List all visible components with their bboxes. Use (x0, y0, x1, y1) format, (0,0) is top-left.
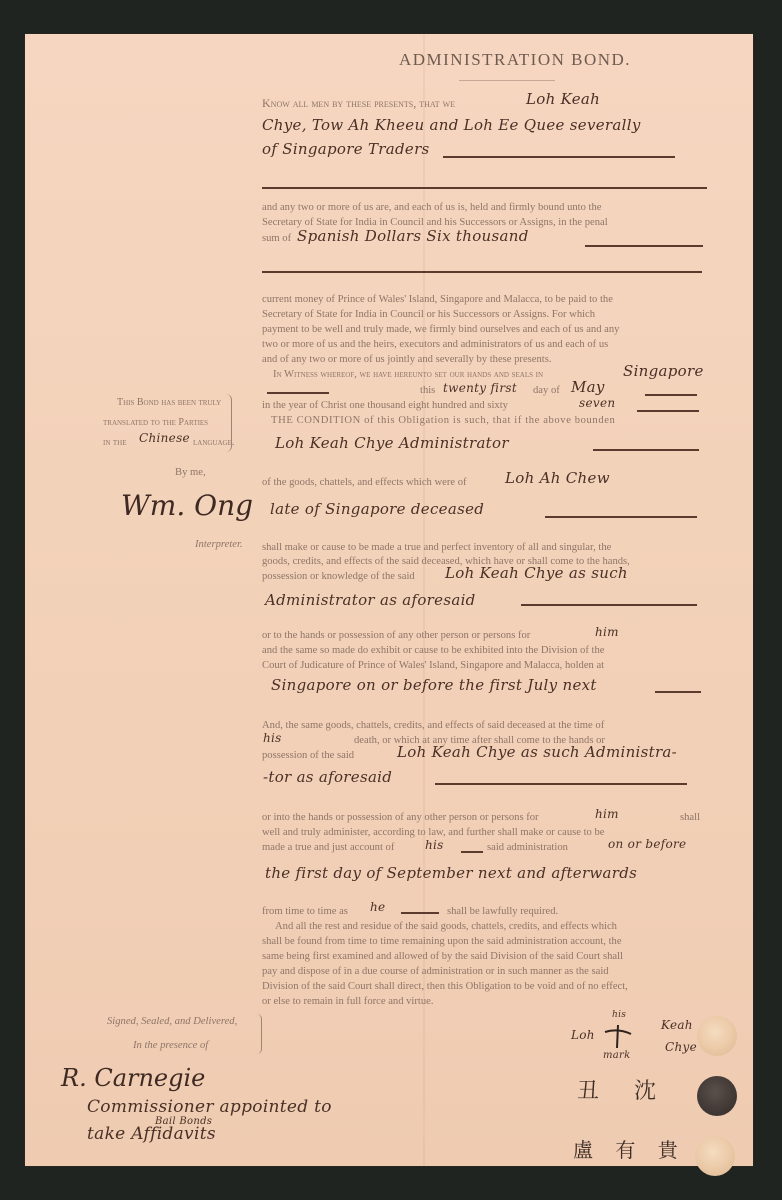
fill-rule (267, 392, 329, 394)
deceased-desc: late of Singapore deceased (270, 500, 484, 518)
fill-rule (593, 449, 699, 451)
mark-name-left: Loh (571, 1028, 595, 1042)
inventory-line-1: shall make or cause to be made a true an… (262, 542, 611, 553)
interpreter-label: Interpreter. (195, 539, 243, 550)
sum-label: sum of (262, 233, 291, 244)
goods-text: of the goods, chattels, and effects whic… (262, 477, 467, 488)
fill-rule (655, 691, 701, 693)
day-of-label: day of (533, 385, 560, 396)
title-rule (459, 80, 555, 81)
fill-rule (545, 516, 697, 518)
bracket (225, 394, 232, 452)
exhibit-line-1: and the same so made do exhibit or cause… (262, 645, 604, 656)
signed-line-1: Signed, Sealed, and Delivered, (107, 1016, 237, 1027)
residue-line-1: And all the rest and residue of the said… (275, 921, 617, 932)
interpreter-signature: Wm. Ong (121, 489, 253, 522)
administer-when: on or before (608, 837, 686, 851)
residue-line-2: shall be found from time to time remaini… (262, 936, 622, 947)
mark-word: mark (603, 1050, 630, 1061)
witness-place: Singapore (623, 362, 704, 380)
signed-line-2: In the presence of (133, 1040, 208, 1051)
wax-seal-2 (697, 1076, 737, 1116)
fill-rule (435, 783, 687, 785)
residue-line-6: or else to remain in full force and virt… (262, 996, 434, 1007)
inventory-cont: Administrator as aforesaid (265, 591, 476, 609)
translation-line-1: This Bond has been truly (117, 397, 221, 408)
administer-him: him (595, 807, 619, 821)
administer-line-4: said administration (487, 842, 568, 853)
mark-name-right-1: Keah (661, 1018, 693, 1032)
chinese-signature-1: 丑 沈 (577, 1074, 670, 1105)
administer-date: the first day of September next and afte… (265, 864, 637, 882)
year-text: in the year of Christ one thousand eight… (262, 400, 508, 411)
inventory-line-3: possession or knowledge of the said (262, 571, 415, 582)
same-goods-line-1: And, the same goods, chattels, credits, … (262, 720, 604, 731)
administer-his: his (425, 838, 444, 852)
administer-line-2: well and truly administer, according to … (262, 827, 604, 838)
preamble-names-1: Loh Keah (526, 90, 600, 108)
condition-text: THE CONDITION of this Obligation is such… (271, 415, 615, 426)
fill-rule (262, 187, 707, 189)
by-me-label: By me, (175, 467, 206, 478)
fill-rule (637, 410, 699, 412)
wax-seal-1 (697, 1016, 737, 1056)
inventory-name: Loh Keah Chye as such (445, 564, 628, 582)
same-goods-line-3: possession of the said (262, 750, 354, 761)
month-value: May (571, 378, 605, 396)
day-value: twenty first (443, 381, 517, 395)
witness-title-1: Commissioner appointed to (87, 1097, 332, 1117)
time-value: he (370, 900, 385, 914)
fill-rule (585, 245, 703, 247)
this-label: this (420, 385, 435, 396)
fill-rule (521, 604, 697, 606)
chinese-signature-2: 盧 有 貴 (573, 1134, 686, 1163)
hands-text: or to the hands or possession of any oth… (262, 630, 530, 641)
residue-line-5: Division of the said Court shall direct,… (262, 981, 628, 992)
bracket (257, 1014, 262, 1054)
fill-rule (461, 851, 483, 853)
translation-line-3a: in the (103, 437, 127, 448)
year-value: seven (579, 396, 615, 410)
administer-shall: shall (680, 812, 700, 823)
currency-line-1: current money of Prince of Wales' Island… (262, 294, 613, 305)
fill-rule (443, 156, 675, 158)
hands-value: him (595, 625, 619, 639)
document-title: ADMINISTRATION BOND. (345, 50, 685, 70)
bounden-name: Loh Keah Chye Administrator (275, 434, 509, 452)
same-goods-name: Loh Keah Chye as such Administra- (397, 743, 677, 761)
residue-line-3: same being first examined and allowed of… (262, 951, 623, 962)
residue-line-4: pay and dispose of in a due course of ad… (262, 966, 609, 977)
bound-line-1: and any two or more of us are, and each … (262, 202, 602, 213)
wax-seal-3 (695, 1136, 735, 1176)
exhibit-value: Singapore on or before the first July ne… (271, 676, 597, 694)
sum-value: Spanish Dollars Six thousand (297, 227, 529, 245)
witness-title-2: take Affidavits (87, 1124, 216, 1144)
same-goods-cont: -tor as aforesaid (263, 768, 392, 786)
currency-line-4: two or more of us and the heirs, executo… (262, 339, 608, 350)
fill-rule (645, 394, 697, 396)
bond-document: ADMINISTRATION BOND. Know all men by the… (25, 34, 753, 1166)
fill-rule (401, 912, 439, 914)
mark-his: his (612, 1010, 626, 1020)
deceased-name: Loh Ah Chew (505, 469, 610, 487)
witness-text: In Witness whereof, we have hereunto set… (273, 369, 543, 380)
exhibit-line-2: Court of Judicature of Prince of Wales' … (262, 660, 604, 671)
time-line-1: from time to time as (262, 906, 348, 917)
preamble-names-2: Chye, Tow Ah Kheeu and Loh Ee Quee sever… (262, 116, 641, 134)
witness-signature: R. Carnegie (61, 1064, 205, 1092)
preamble-printed: Know all men by these presents, that we (262, 96, 455, 111)
preamble-names-3: of Singapore Traders (262, 140, 430, 158)
currency-line-2: Secretary of State for India in Council … (262, 309, 595, 320)
time-line-2: shall be lawfully required. (447, 906, 558, 917)
translation-language: Chinese (139, 431, 190, 445)
administer-line-3: made a true and just account of (262, 842, 394, 853)
same-goods-his: his (263, 731, 282, 745)
cross-mark-icon (603, 1024, 633, 1050)
mark-name-right-2: Chye (665, 1040, 697, 1054)
currency-line-3: payment to be well and truly made, we fi… (262, 324, 619, 335)
currency-line-5: and of any two or more of us jointly and… (262, 354, 552, 365)
translation-line-2: translated to the Parties (103, 417, 208, 428)
administer-line-1: or into the hands or possession of any o… (262, 812, 539, 823)
fill-rule (262, 271, 702, 273)
